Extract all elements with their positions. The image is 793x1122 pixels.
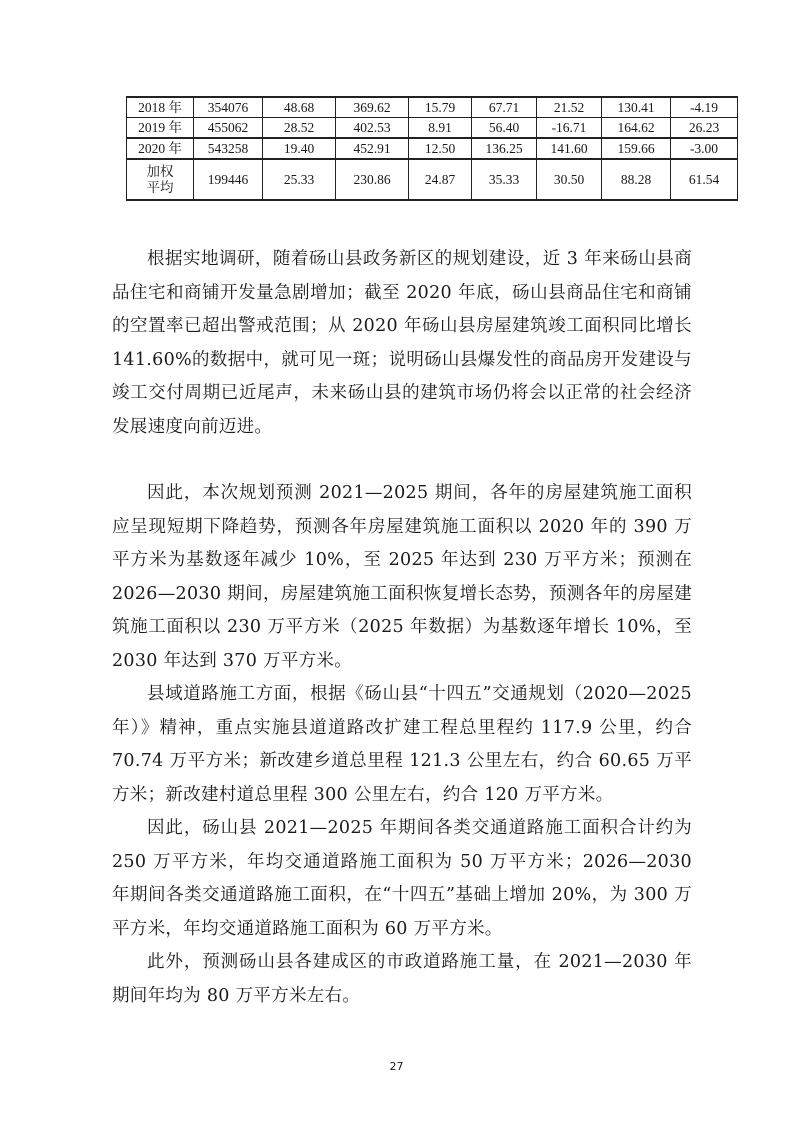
table-cell: 21.52 bbox=[537, 97, 602, 118]
paragraph-road-totals: 因此，砀山县 2021—2025 年期间各类交通道路施工面积合计约为 250 万… bbox=[112, 812, 692, 946]
table-cell: 25.33 bbox=[263, 159, 336, 200]
table-cell: 26.23 bbox=[671, 118, 738, 139]
table-cell: 67.71 bbox=[472, 97, 537, 118]
table-cell: 28.52 bbox=[263, 118, 336, 139]
paragraph-municipal-roads: 此外，预测砀山县各建成区的市政道路施工量，在 2021—2030 年期间年均为 … bbox=[112, 946, 692, 1013]
table-cell: 48.68 bbox=[263, 97, 336, 118]
paragraph-market-analysis: 根据实地调研，随着砀山县政务新区的规划建设，近 3 年来砀山县商品住宅和商铺开发… bbox=[112, 243, 692, 444]
row-label: 2020 年 bbox=[127, 138, 194, 159]
table-row: 2020 年 543258 19.40 452.91 12.50 136.25 … bbox=[127, 138, 738, 159]
table-cell: 19.40 bbox=[263, 138, 336, 159]
table-cell: 164.62 bbox=[602, 118, 671, 139]
row-label: 2019 年 bbox=[127, 118, 194, 139]
table-cell: 136.25 bbox=[472, 138, 537, 159]
average-label-line2: 平均 bbox=[127, 180, 193, 196]
row-label: 加权 平均 bbox=[127, 159, 194, 200]
table-cell: 56.40 bbox=[472, 118, 537, 139]
table-cell: 141.60 bbox=[537, 138, 602, 159]
table-cell: 159.66 bbox=[602, 138, 671, 159]
table-row: 2019 年 455062 28.52 402.53 8.91 56.40 -1… bbox=[127, 118, 738, 139]
table-cell: 543258 bbox=[194, 138, 263, 159]
paragraph-building-forecast: 因此，本次规划预测 2021—2025 期间，各年的房屋建筑施工面积应呈现短期下… bbox=[112, 477, 692, 678]
table-cell: -16.71 bbox=[537, 118, 602, 139]
table-cell: 15.79 bbox=[409, 97, 472, 118]
table-cell: 452.91 bbox=[336, 138, 409, 159]
table-cell: 199446 bbox=[194, 159, 263, 200]
statistics-table: 2018 年 354076 48.68 369.62 15.79 67.71 2… bbox=[126, 96, 738, 201]
average-label-line1: 加权 bbox=[127, 164, 193, 180]
table-cell: -4.19 bbox=[671, 97, 738, 118]
table-cell: 8.91 bbox=[409, 118, 472, 139]
table-cell: 455062 bbox=[194, 118, 263, 139]
table-cell: 230.86 bbox=[336, 159, 409, 200]
table-row: 2018 年 354076 48.68 369.62 15.79 67.71 2… bbox=[127, 97, 738, 118]
table-cell: 130.41 bbox=[602, 97, 671, 118]
table-cell: 24.87 bbox=[409, 159, 472, 200]
table-cell: 88.28 bbox=[602, 159, 671, 200]
table-cell: 354076 bbox=[194, 97, 263, 118]
table-cell: 369.62 bbox=[336, 97, 409, 118]
paragraph-county-roads: 县域道路施工方面，根据《砀山县“十四五”交通规划（2020—2025 年）》精神… bbox=[112, 678, 692, 812]
table-cell: 402.53 bbox=[336, 118, 409, 139]
table-cell: 61.54 bbox=[671, 159, 738, 200]
table-row-average: 加权 平均 199446 25.33 230.86 24.87 35.33 30… bbox=[127, 159, 738, 200]
table-cell: -3.00 bbox=[671, 138, 738, 159]
table-cell: 12.50 bbox=[409, 138, 472, 159]
page-number: 27 bbox=[0, 1060, 793, 1073]
table-cell: 30.50 bbox=[537, 159, 602, 200]
row-label: 2018 年 bbox=[127, 97, 194, 118]
table-cell: 35.33 bbox=[472, 159, 537, 200]
document-page: 2018 年 354076 48.68 369.62 15.79 67.71 2… bbox=[0, 0, 793, 1122]
